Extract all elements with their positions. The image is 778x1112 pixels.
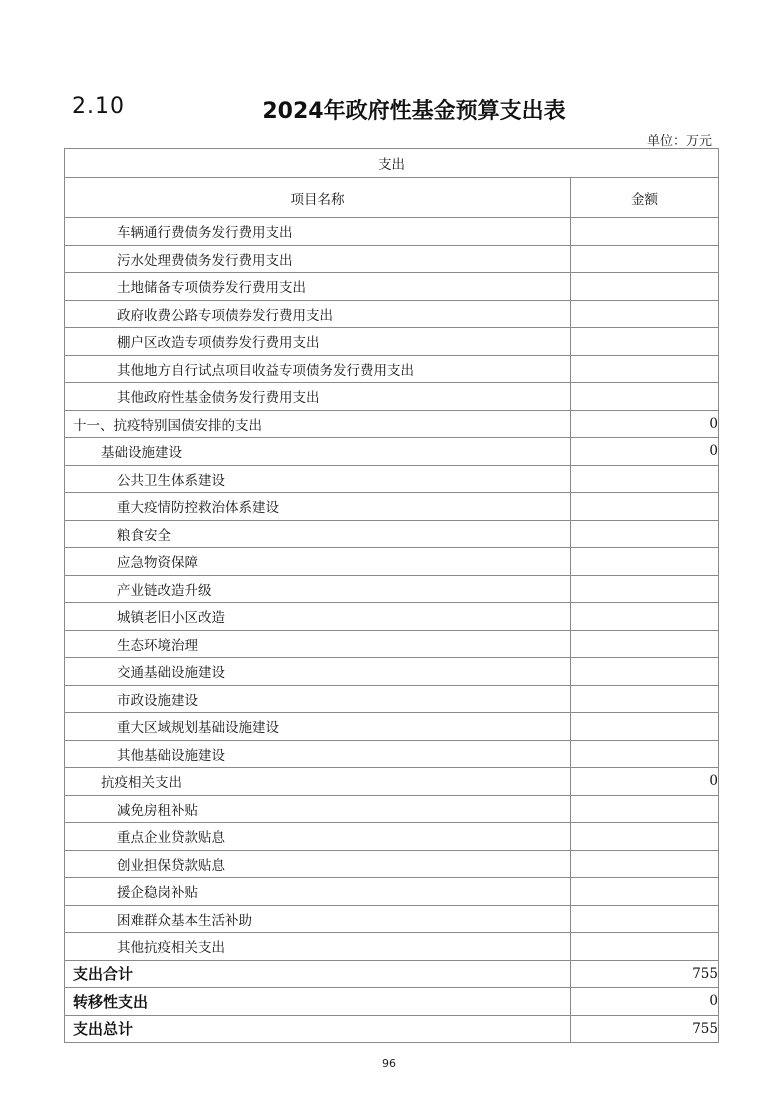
row-amount: 0 — [571, 438, 719, 466]
row-amount — [571, 300, 719, 328]
row-item-name: 应急物资保障 — [65, 548, 571, 576]
table-row: 车辆通行费债务发行费用支出 — [65, 218, 719, 246]
total-row: 转移性支出0 — [65, 988, 719, 1016]
row-item-name: 基础设施建设 — [65, 438, 571, 466]
total-label: 支出合计 — [65, 960, 571, 988]
row-item-name: 重大疫情防控救治体系建设 — [65, 493, 571, 521]
row-amount — [571, 630, 719, 658]
row-item-name: 车辆通行费债务发行费用支出 — [65, 218, 571, 246]
table-row: 政府收费公路专项债券发行费用支出 — [65, 300, 719, 328]
table-row: 其他政府性基金债务发行费用支出 — [65, 383, 719, 411]
row-item-name: 棚户区改造专项债券发行费用支出 — [65, 328, 571, 356]
row-item-name: 其他政府性基金债务发行费用支出 — [65, 383, 571, 411]
total-row: 支出合计755 — [65, 960, 719, 988]
row-item-name: 其他地方自行试点项目收益专项债务发行费用支出 — [65, 355, 571, 383]
unit-label: 单位：万元 — [647, 130, 712, 149]
row-item-name: 城镇老旧小区改造 — [65, 603, 571, 631]
total-amount: 755 — [571, 960, 719, 988]
table-row: 其他基础设施建设 — [65, 740, 719, 768]
row-amount — [571, 493, 719, 521]
row-amount — [571, 740, 719, 768]
row-amount — [571, 218, 719, 246]
row-amount — [571, 548, 719, 576]
table-row: 重大疫情防控救治体系建设 — [65, 493, 719, 521]
total-amount: 755 — [571, 1015, 719, 1043]
row-amount — [571, 383, 719, 411]
table-row: 其他地方自行试点项目收益专项债务发行费用支出 — [65, 355, 719, 383]
column-header-item-name: 项目名称 — [65, 178, 571, 218]
row-amount — [571, 245, 719, 273]
row-amount — [571, 685, 719, 713]
row-item-name: 减免房租补贴 — [65, 795, 571, 823]
row-item-name: 产业链改造升级 — [65, 575, 571, 603]
page-number: 96 — [0, 1057, 778, 1070]
row-item-name: 重点企业贷款贴息 — [65, 823, 571, 851]
table-row: 棚户区改造专项债券发行费用支出 — [65, 328, 719, 356]
row-item-name: 其他基础设施建设 — [65, 740, 571, 768]
table-row: 城镇老旧小区改造 — [65, 603, 719, 631]
row-item-name: 创业担保贷款贴息 — [65, 850, 571, 878]
row-amount — [571, 520, 719, 548]
table-row: 交通基础设施建设 — [65, 658, 719, 686]
page-title: 2024年政府性基金预算支出表 — [0, 94, 778, 125]
row-amount — [571, 795, 719, 823]
row-amount — [571, 575, 719, 603]
total-label: 转移性支出 — [65, 988, 571, 1016]
row-item-name: 生态环境治理 — [65, 630, 571, 658]
row-amount — [571, 713, 719, 741]
table-group-header-row: 支出 — [65, 149, 719, 178]
row-amount — [571, 355, 719, 383]
row-amount — [571, 603, 719, 631]
row-amount — [571, 933, 719, 961]
table-column-header-row: 项目名称 金额 — [65, 178, 719, 218]
row-item-name: 粮食安全 — [65, 520, 571, 548]
table-row: 土地储备专项债券发行费用支出 — [65, 273, 719, 301]
table-row: 公共卫生体系建设 — [65, 465, 719, 493]
row-amount — [571, 823, 719, 851]
table-row: 抗疫相关支出0 — [65, 768, 719, 796]
row-amount: 0 — [571, 768, 719, 796]
row-amount — [571, 850, 719, 878]
row-amount — [571, 273, 719, 301]
table-row: 困难群众基本生活补助 — [65, 905, 719, 933]
row-item-name: 市政设施建设 — [65, 685, 571, 713]
row-item-name: 土地储备专项债券发行费用支出 — [65, 273, 571, 301]
row-item-name: 污水处理费债务发行费用支出 — [65, 245, 571, 273]
column-header-amount: 金额 — [571, 178, 719, 218]
table-row: 十一、抗疫特别国债安排的支出0 — [65, 410, 719, 438]
group-header-expenditure: 支出 — [65, 149, 719, 178]
row-amount — [571, 905, 719, 933]
row-amount: 0 — [571, 410, 719, 438]
total-row: 支出总计755 — [65, 1015, 719, 1043]
row-item-name: 十一、抗疫特别国债安排的支出 — [65, 410, 571, 438]
table-row: 应急物资保障 — [65, 548, 719, 576]
row-item-name: 交通基础设施建设 — [65, 658, 571, 686]
table-row: 基础设施建设0 — [65, 438, 719, 466]
table-row: 产业链改造升级 — [65, 575, 719, 603]
row-item-name: 困难群众基本生活补助 — [65, 905, 571, 933]
table-row: 其他抗疫相关支出 — [65, 933, 719, 961]
total-amount: 0 — [571, 988, 719, 1016]
row-item-name: 重大区域规划基础设施建设 — [65, 713, 571, 741]
row-amount — [571, 328, 719, 356]
row-amount — [571, 658, 719, 686]
table-row: 粮食安全 — [65, 520, 719, 548]
table-row: 污水处理费债务发行费用支出 — [65, 245, 719, 273]
row-item-name: 援企稳岗补贴 — [65, 878, 571, 906]
row-item-name: 政府收费公路专项债券发行费用支出 — [65, 300, 571, 328]
table-row: 援企稳岗补贴 — [65, 878, 719, 906]
table-row: 减免房租补贴 — [65, 795, 719, 823]
row-amount — [571, 878, 719, 906]
table-row: 重点企业贷款贴息 — [65, 823, 719, 851]
row-item-name: 其他抗疫相关支出 — [65, 933, 571, 961]
row-item-name: 抗疫相关支出 — [65, 768, 571, 796]
table-row: 重大区域规划基础设施建设 — [65, 713, 719, 741]
row-amount — [571, 465, 719, 493]
expenditure-table: 支出 项目名称 金额 车辆通行费债务发行费用支出污水处理费债务发行费用支出土地储… — [64, 148, 719, 1043]
row-item-name: 公共卫生体系建设 — [65, 465, 571, 493]
table-row: 生态环境治理 — [65, 630, 719, 658]
total-label: 支出总计 — [65, 1015, 571, 1043]
table-row: 市政设施建设 — [65, 685, 719, 713]
table-row: 创业担保贷款贴息 — [65, 850, 719, 878]
